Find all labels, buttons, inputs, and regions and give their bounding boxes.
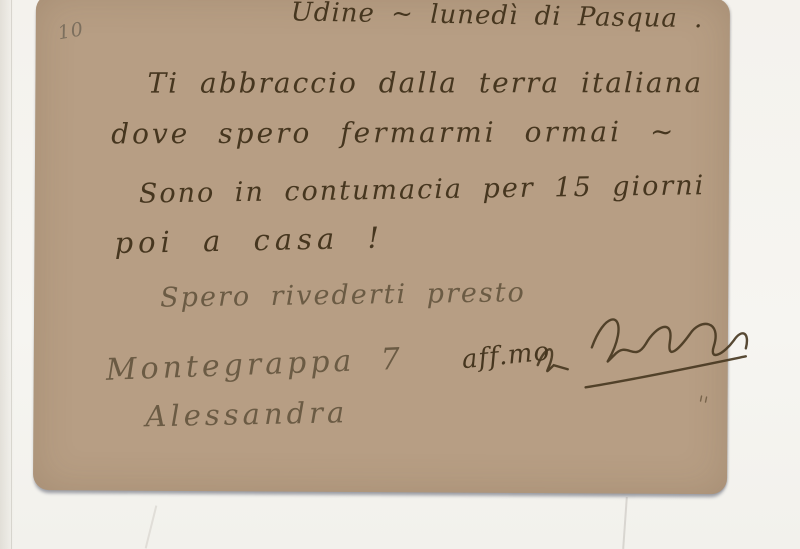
scanner-edge-line <box>11 0 12 549</box>
handwriting-line-3: Sono in contumacia per 15 giorni <box>139 170 706 209</box>
signature-scrawl <box>534 305 760 398</box>
paper-crease <box>622 497 628 549</box>
ink-tick-marks <box>697 394 711 408</box>
handwriting-line-2: dove spero fermarmi ormai ~ <box>111 115 676 150</box>
address-line: Montegrappa 7 <box>105 342 404 388</box>
pencil-number: 10 <box>56 18 86 44</box>
handwriting-line-5: Spero rivederti presto <box>160 277 526 313</box>
handwriting-line-4: poi a casa ! <box>114 221 384 260</box>
handwriting-line-1: Ti abbraccio dalla terra italiana <box>147 66 703 99</box>
paper-crease <box>145 505 158 548</box>
postcard: 10 Udine ~ lunedì di Pasqua . Ti abbracc… <box>33 0 730 494</box>
sender-name: Alessandra <box>145 395 348 433</box>
dateline: Udine ~ lunedì di Pasqua . <box>291 0 704 34</box>
scan-background: 10 Udine ~ lunedì di Pasqua . Ti abbracc… <box>0 0 800 549</box>
